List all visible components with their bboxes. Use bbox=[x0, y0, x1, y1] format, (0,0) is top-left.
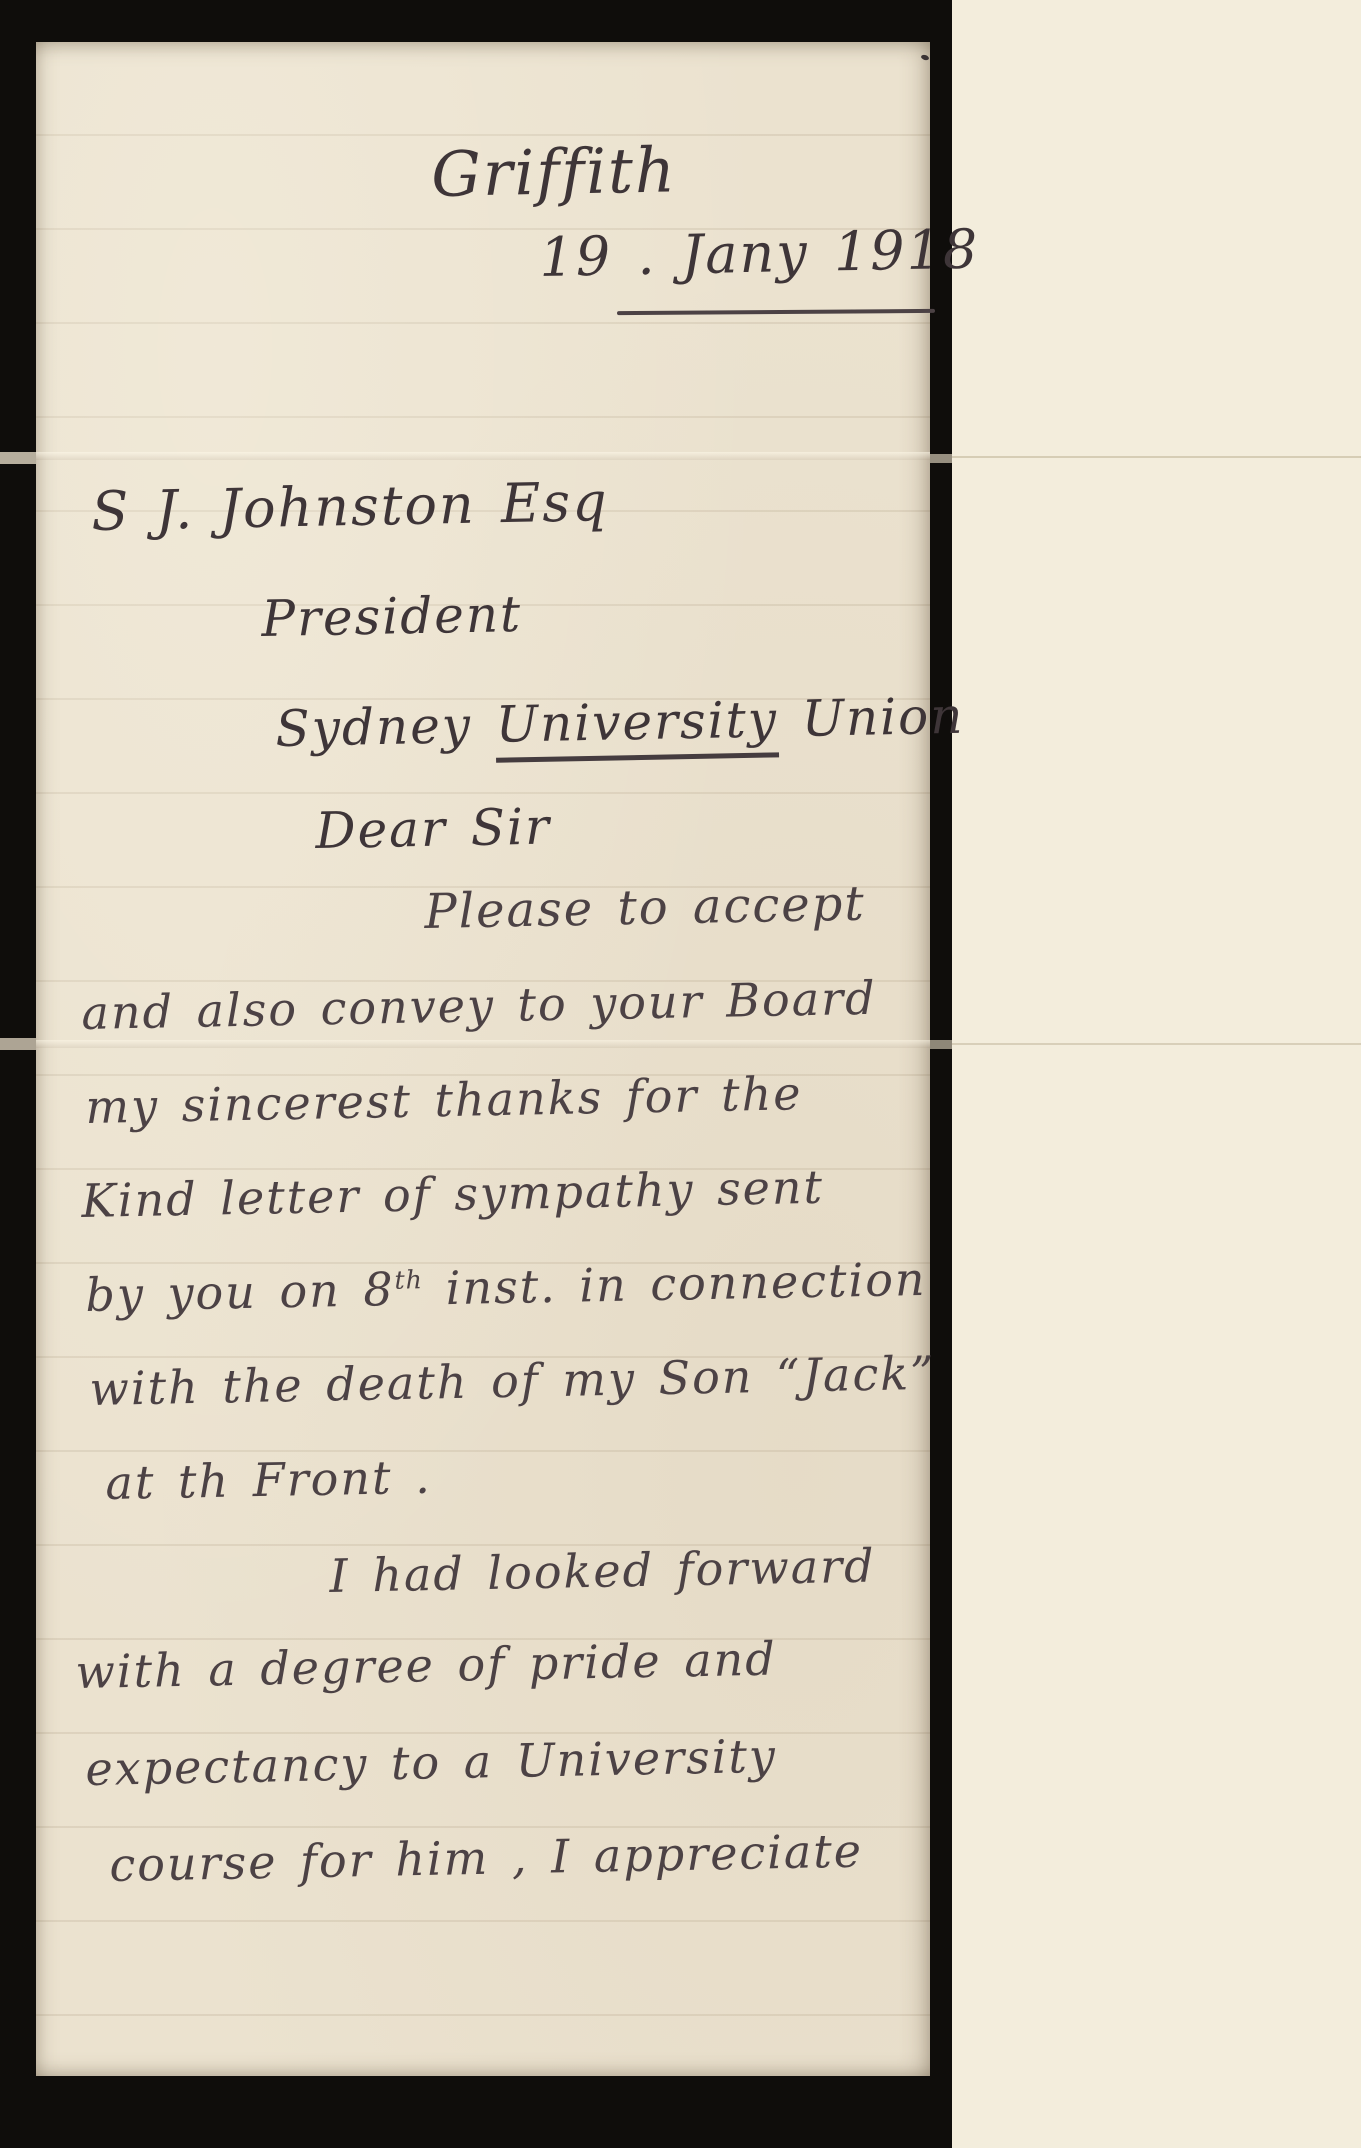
salutation-line: Dear Sir bbox=[315, 797, 552, 860]
fold-crease bbox=[0, 1038, 36, 1050]
organisation-suffix: Union bbox=[777, 687, 965, 749]
date-line: 19 . Jany 1918 bbox=[539, 218, 980, 289]
fold-crease bbox=[0, 452, 36, 464]
letter-scan: Griffith 19 . Jany 1918 S J. Johnston Es… bbox=[0, 0, 1361, 2148]
fold-crease bbox=[930, 1040, 952, 1049]
fold-crease bbox=[36, 452, 930, 460]
body-line-part: by you on 8 bbox=[85, 1262, 395, 1322]
body-line: at th Front . bbox=[105, 1450, 432, 1510]
addressee-title-line: President bbox=[261, 585, 523, 648]
body-line: I had looked forward bbox=[329, 1539, 876, 1603]
organisation-underlined-word: University bbox=[495, 690, 778, 762]
fold-crease bbox=[36, 1040, 930, 1048]
ordinal-suffix: th bbox=[394, 1265, 423, 1295]
place-line: Griffith bbox=[431, 133, 678, 211]
body-line: Please to accept bbox=[424, 876, 866, 940]
fold-crease bbox=[930, 454, 952, 463]
fold-crease bbox=[952, 456, 1361, 458]
body-line-part: inst. in connection bbox=[423, 1252, 927, 1316]
addressee-name-line: S J. Johnston Esq bbox=[91, 470, 609, 543]
organisation-prefix: Sydney bbox=[275, 696, 497, 758]
fold-crease bbox=[952, 1043, 1361, 1045]
